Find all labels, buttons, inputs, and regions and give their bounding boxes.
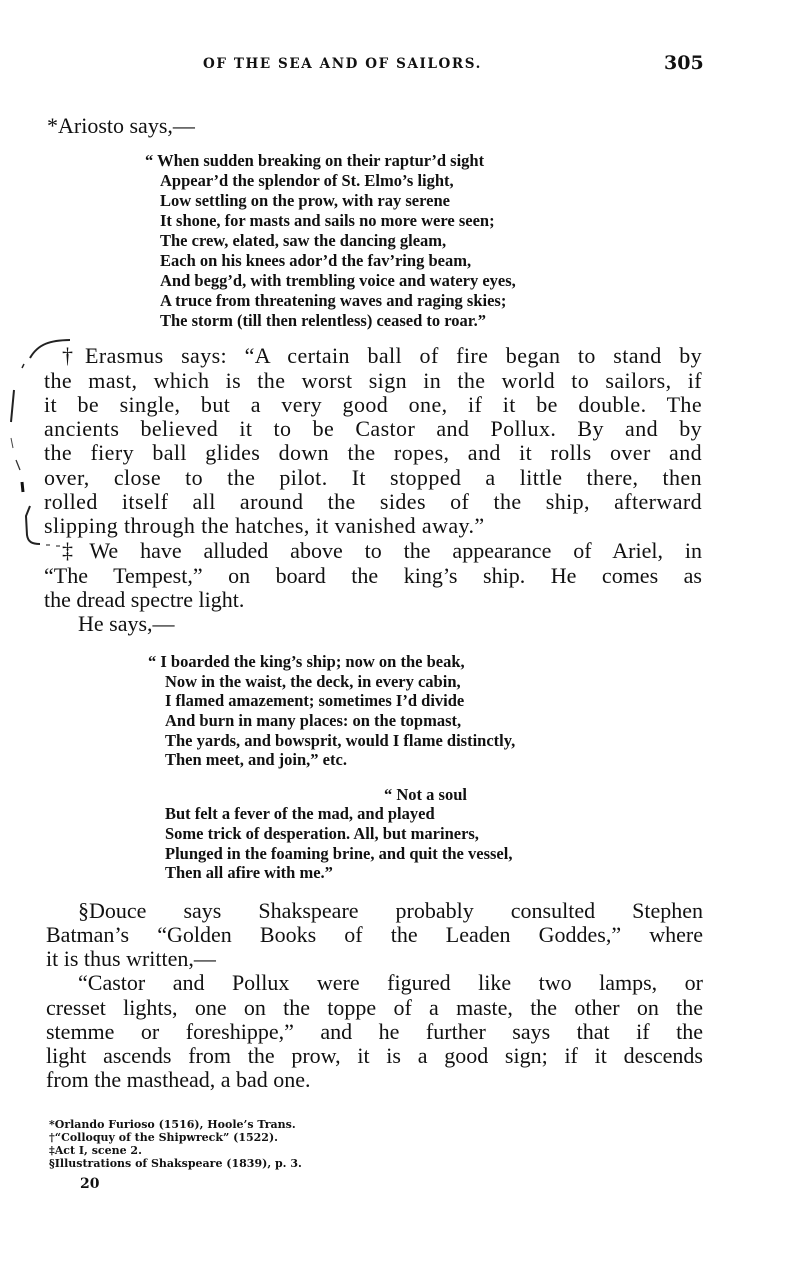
- footnote: §Illustrations of Shakspeare (1839), p. …: [49, 1157, 302, 1170]
- poem-line: Some trick of desperation. All, but mari…: [165, 824, 479, 844]
- text-line: cresset lights, one on the toppe of a ma…: [46, 995, 703, 1021]
- text-line: slipping through the hatches, it vanishe…: [44, 513, 485, 539]
- text-line: “Castor and Pollux were figured like two…: [78, 970, 703, 996]
- text-line: from the masthead, a bad one.: [46, 1067, 311, 1093]
- he-says-line: He says,—: [78, 611, 175, 637]
- text-line: rolled itself all around the sides of th…: [44, 489, 702, 515]
- poem-line: Low settling on the prow, with ray seren…: [160, 191, 450, 211]
- footnote: ‡Act I, scene 2.: [49, 1144, 142, 1157]
- text-line: ancients believed it to be Castor and Po…: [44, 416, 702, 442]
- text-line-content: †Erasmus says: “A certain ball of fire b…: [62, 343, 702, 369]
- text-line-content: light ascends from the prow, it is a goo…: [46, 1043, 703, 1069]
- text-line: over, close to the pilot. It stopped a l…: [44, 465, 702, 491]
- text-line: †Erasmus says: “A certain ball of fire b…: [62, 343, 702, 369]
- poem-line: A truce from threatening waves and ragin…: [160, 291, 506, 311]
- text-line: the mast, which is the worst sign in the…: [44, 368, 702, 394]
- text-line-content: stemme or foreshippe,” and he further sa…: [46, 1019, 703, 1045]
- text-line: it is thus written,—: [46, 946, 216, 972]
- text-line-content: rolled itself all around the sides of th…: [44, 489, 702, 515]
- text-line-content: ‡We have alluded above to the appearance…: [62, 538, 702, 564]
- text-line: the dread spectre light.: [44, 587, 244, 613]
- footnote: *Orlando Furioso (1516), Hoole’s Trans.: [49, 1118, 296, 1131]
- page-number: 305: [664, 52, 704, 74]
- poem-line: Then meet, and join,” etc.: [165, 750, 347, 770]
- poem-line: Each on his knees ador’d the fav’ring be…: [160, 251, 471, 271]
- text-line-content: “The Tempest,” on board the king’s ship.…: [44, 563, 702, 589]
- poem-line: And begg’d, with trembling voice and wat…: [160, 271, 516, 291]
- text-line-content: the mast, which is the worst sign in the…: [44, 368, 702, 394]
- text-line-content: over, close to the pilot. It stopped a l…: [44, 465, 702, 491]
- running-title: OF THE SEA AND OF SAILORS.: [203, 56, 482, 72]
- text-line: Batman’s “Golden Books of the Leaden God…: [46, 922, 703, 948]
- poem-line: Then all afire with me.”: [165, 863, 333, 883]
- text-line-content: “Castor and Pollux were figured like two…: [78, 970, 703, 996]
- poem-line: “ Not a soul: [384, 785, 467, 805]
- poem-line: The crew, elated, saw the dancing gleam,: [160, 231, 446, 251]
- text-line: stemme or foreshippe,” and he further sa…: [46, 1019, 703, 1045]
- text-line-content: ancients believed it to be Castor and Po…: [44, 416, 702, 442]
- text-line: “The Tempest,” on board the king’s ship.…: [44, 563, 702, 589]
- text-line: ‡We have alluded above to the appearance…: [62, 538, 702, 564]
- text-line: it be single, but a very good one, if it…: [44, 392, 702, 418]
- poem-line: I flamed amazement; sometimes I’d divide: [165, 691, 464, 711]
- text-line-content: the fiery ball glides down the ropes, an…: [44, 440, 702, 466]
- poem-line: The yards, and bowsprit, would I flame d…: [165, 731, 515, 751]
- poem-line: Plunged in the foaming brine, and quit t…: [165, 844, 512, 864]
- signature-mark: 20: [80, 1176, 99, 1192]
- poem-line: But felt a fever of the mad, and played: [165, 804, 435, 824]
- footnote: †“Colloquy of the Shipwreck” (1522).: [49, 1131, 278, 1144]
- poem-line: “ When sudden breaking on their raptur’d…: [145, 151, 484, 171]
- ariosto-intro: *Ariosto says,—: [47, 113, 195, 139]
- text-line-content: cresset lights, one on the toppe of a ma…: [46, 995, 703, 1021]
- poem-line: Appear’d the splendor of St. Elmo’s ligh…: [160, 171, 454, 191]
- poem-line: “ I boarded the king’s ship; now on the …: [148, 652, 465, 672]
- text-line: light ascends from the prow, it is a goo…: [46, 1043, 703, 1069]
- poem-line: And burn in many places: on the topmast,: [165, 711, 461, 731]
- text-line-content: it be single, but a very good one, if it…: [44, 392, 702, 418]
- text-line: the fiery ball glides down the ropes, an…: [44, 440, 702, 466]
- text-line: §Douce says Shakspeare probably consulte…: [78, 898, 703, 924]
- poem-line: Now in the waist, the deck, in every cab…: [165, 672, 461, 692]
- text-line-content: §Douce says Shakspeare probably consulte…: [78, 898, 703, 924]
- poem-line: The storm (till then relentless) ceased …: [160, 311, 486, 331]
- poem-line: It shone, for masts and sails no more we…: [160, 211, 495, 231]
- text-line-content: Batman’s “Golden Books of the Leaden God…: [46, 922, 703, 948]
